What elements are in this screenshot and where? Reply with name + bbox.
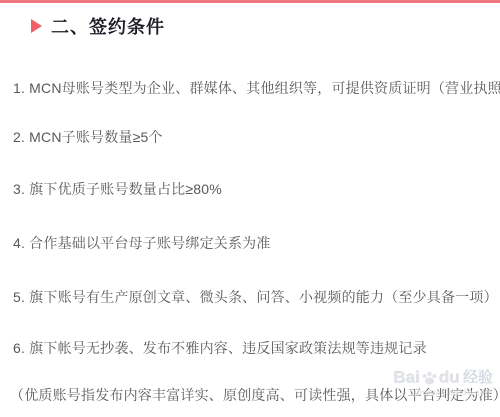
paw-icon bbox=[422, 371, 437, 386]
condition-item-2: 2. MCN子账号数量≥5个 bbox=[13, 128, 494, 146]
note-text: （优质账号指发布内容丰富详实、原创度高、可读性强，具体以平台判定为准） bbox=[10, 386, 494, 404]
condition-item-1: 1. MCN母账号类型为企业、群媒体、其他组织等，可提供资质证明（营业执照） bbox=[13, 79, 494, 97]
condition-item-5: 5. 旗下账号有生产原创文章、微头条、问答、小视频的能力（至少具备一项） bbox=[13, 288, 494, 306]
section-heading: 二、签约条件 bbox=[31, 13, 165, 39]
top-divider bbox=[0, 0, 500, 3]
condition-item-4: 4. 合作基础以平台母子账号绑定关系为准 bbox=[13, 234, 494, 252]
section-title: 二、签约条件 bbox=[51, 13, 165, 39]
watermark-text-du: du bbox=[439, 369, 460, 387]
condition-item-3: 3. 旗下优质子账号数量占比≥80% bbox=[13, 180, 494, 198]
watermark-text-jingyan: 经验 bbox=[463, 369, 493, 387]
article-page: 二、签约条件 1. MCN母账号类型为企业、群媒体、其他组织等，可提供资质证明（… bbox=[0, 0, 500, 417]
condition-item-6: 6. 旗下帐号无抄袭、发布不雅内容、违反国家政策法规等违规记录 bbox=[13, 339, 494, 357]
watermark-text-bai: Bai bbox=[394, 369, 420, 387]
triangle-bullet-icon bbox=[31, 19, 42, 33]
watermark-logo-row: Bai du 经验 bbox=[394, 369, 493, 387]
